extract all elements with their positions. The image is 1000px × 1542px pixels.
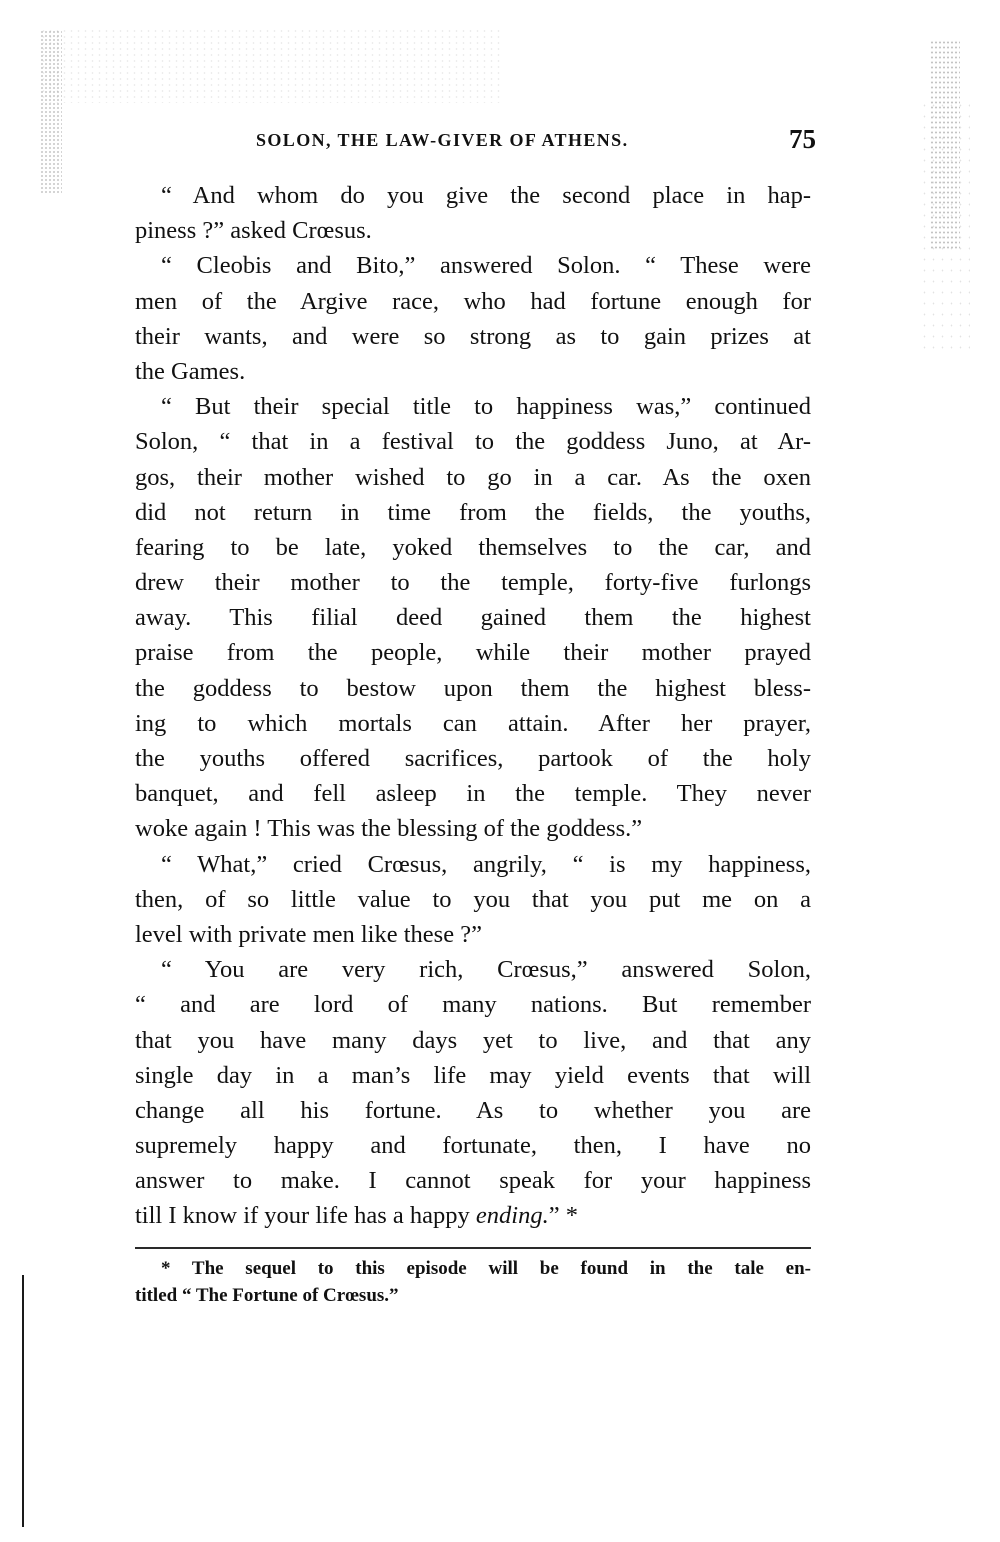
- page-number: 75: [789, 124, 816, 155]
- text-line: the Games.: [135, 354, 811, 389]
- text-line: answer to make. I cannot speak for your …: [135, 1163, 811, 1198]
- page-edge-line: [22, 1275, 24, 1527]
- text-line: “ What,” cried Crœsus, angrily, “ is my …: [135, 847, 811, 882]
- book-page: SOLON, THE LAW-GIVER OF ATHENS. 75 “ And…: [0, 0, 1000, 1542]
- text-line: gos, their mother wished to go in a car.…: [135, 460, 811, 495]
- footnote-marker: ” *: [549, 1202, 578, 1229]
- text-line: the youths offered sacrifices, partook o…: [135, 741, 811, 776]
- text-line: ing to which mortals can attain. After h…: [135, 706, 811, 741]
- text-line: away. This filial deed gained them the h…: [135, 600, 811, 635]
- text-line: banquet, and fell asleep in the temple. …: [135, 776, 811, 811]
- text-line: supremely happy and fortunate, then, I h…: [135, 1128, 811, 1163]
- text-line: then, of so little value to you that you…: [135, 882, 811, 917]
- footnote: * The sequel to this episode will be fou…: [135, 1255, 811, 1309]
- text-line: “ You are very rich, Crœsus,” answered S…: [135, 952, 811, 987]
- text-line: level with private men like these ?”: [135, 917, 811, 952]
- text-line: praise from the people, while their moth…: [135, 635, 811, 670]
- italic-word: ending.: [476, 1202, 549, 1229]
- body-text: “ And whom do you give the second place …: [135, 178, 811, 1234]
- text-line: piness ?” asked Crœsus.: [135, 213, 811, 248]
- text-segment: till I know if your life has a happy: [135, 1202, 476, 1229]
- text-line: woke again ! This was the blessing of th…: [135, 811, 811, 846]
- running-title: SOLON, THE LAW-GIVER OF ATHENS.: [256, 130, 628, 151]
- text-line: “ Cleobis and Bito,” answered Solon. “ T…: [135, 248, 811, 283]
- text-line: did not return in time from the fields, …: [135, 495, 811, 530]
- footnote-line: * The sequel to this episode will be fou…: [135, 1255, 811, 1282]
- text-line: change all his fortune. As to whether yo…: [135, 1093, 811, 1128]
- text-line: fearing to be late, yoked themselves to …: [135, 530, 811, 565]
- text-line: “ and are lord of many nations. But reme…: [135, 987, 811, 1022]
- text-line: their wants, and were so strong as to ga…: [135, 319, 811, 354]
- scan-artifact-left: [40, 30, 62, 195]
- text-line: drew their mother to the temple, forty-f…: [135, 565, 811, 600]
- footnote-rule: [135, 1247, 811, 1249]
- text-line: single day in a man’s life may yield eve…: [135, 1058, 811, 1093]
- footnote-line: titled “ The Fortune of Crœsus.”: [135, 1282, 811, 1309]
- text-line: “ But their special title to happiness w…: [135, 389, 811, 424]
- text-line: men of the Argive race, who had fortune …: [135, 284, 811, 319]
- text-line: “ And whom do you give the second place …: [135, 178, 811, 213]
- scan-artifact-top: [40, 28, 500, 103]
- running-head: SOLON, THE LAW-GIVER OF ATHENS. 75: [230, 126, 816, 156]
- scan-artifact-right-faint: [920, 100, 970, 350]
- text-line: that you have many days yet to live, and…: [135, 1023, 811, 1058]
- text-line: Solon, “ that in a festival to the godde…: [135, 424, 811, 459]
- text-line: till I know if your life has a happy end…: [135, 1198, 811, 1233]
- text-line: the goddess to bestow upon them the high…: [135, 671, 811, 706]
